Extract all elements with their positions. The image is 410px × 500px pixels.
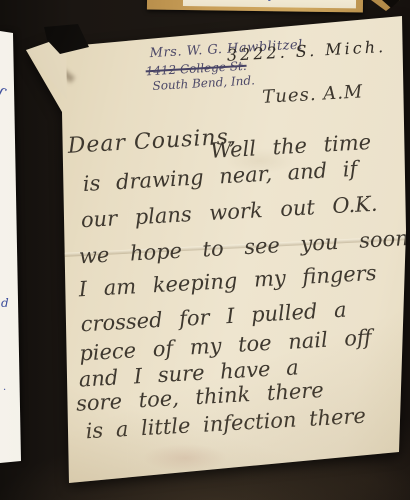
- body-line: is drawing near, and if: [82, 157, 358, 196]
- date-line: Tues. A.M: [262, 81, 364, 108]
- album-page-photo: l e l f l ʃ d . Mrs. W. G. Hawblitzel 14…: [0, 0, 410, 500]
- letter-wrap: Mrs. W. G. Hawblitzel 1412 College St. 3…: [0, 0, 410, 500]
- body-line: I am keeping my fingers: [78, 261, 377, 302]
- letter-content: Mrs. W. G. Hawblitzel 1412 College St. 3…: [62, 23, 410, 487]
- body-line: our plans work out O.K.: [80, 192, 378, 233]
